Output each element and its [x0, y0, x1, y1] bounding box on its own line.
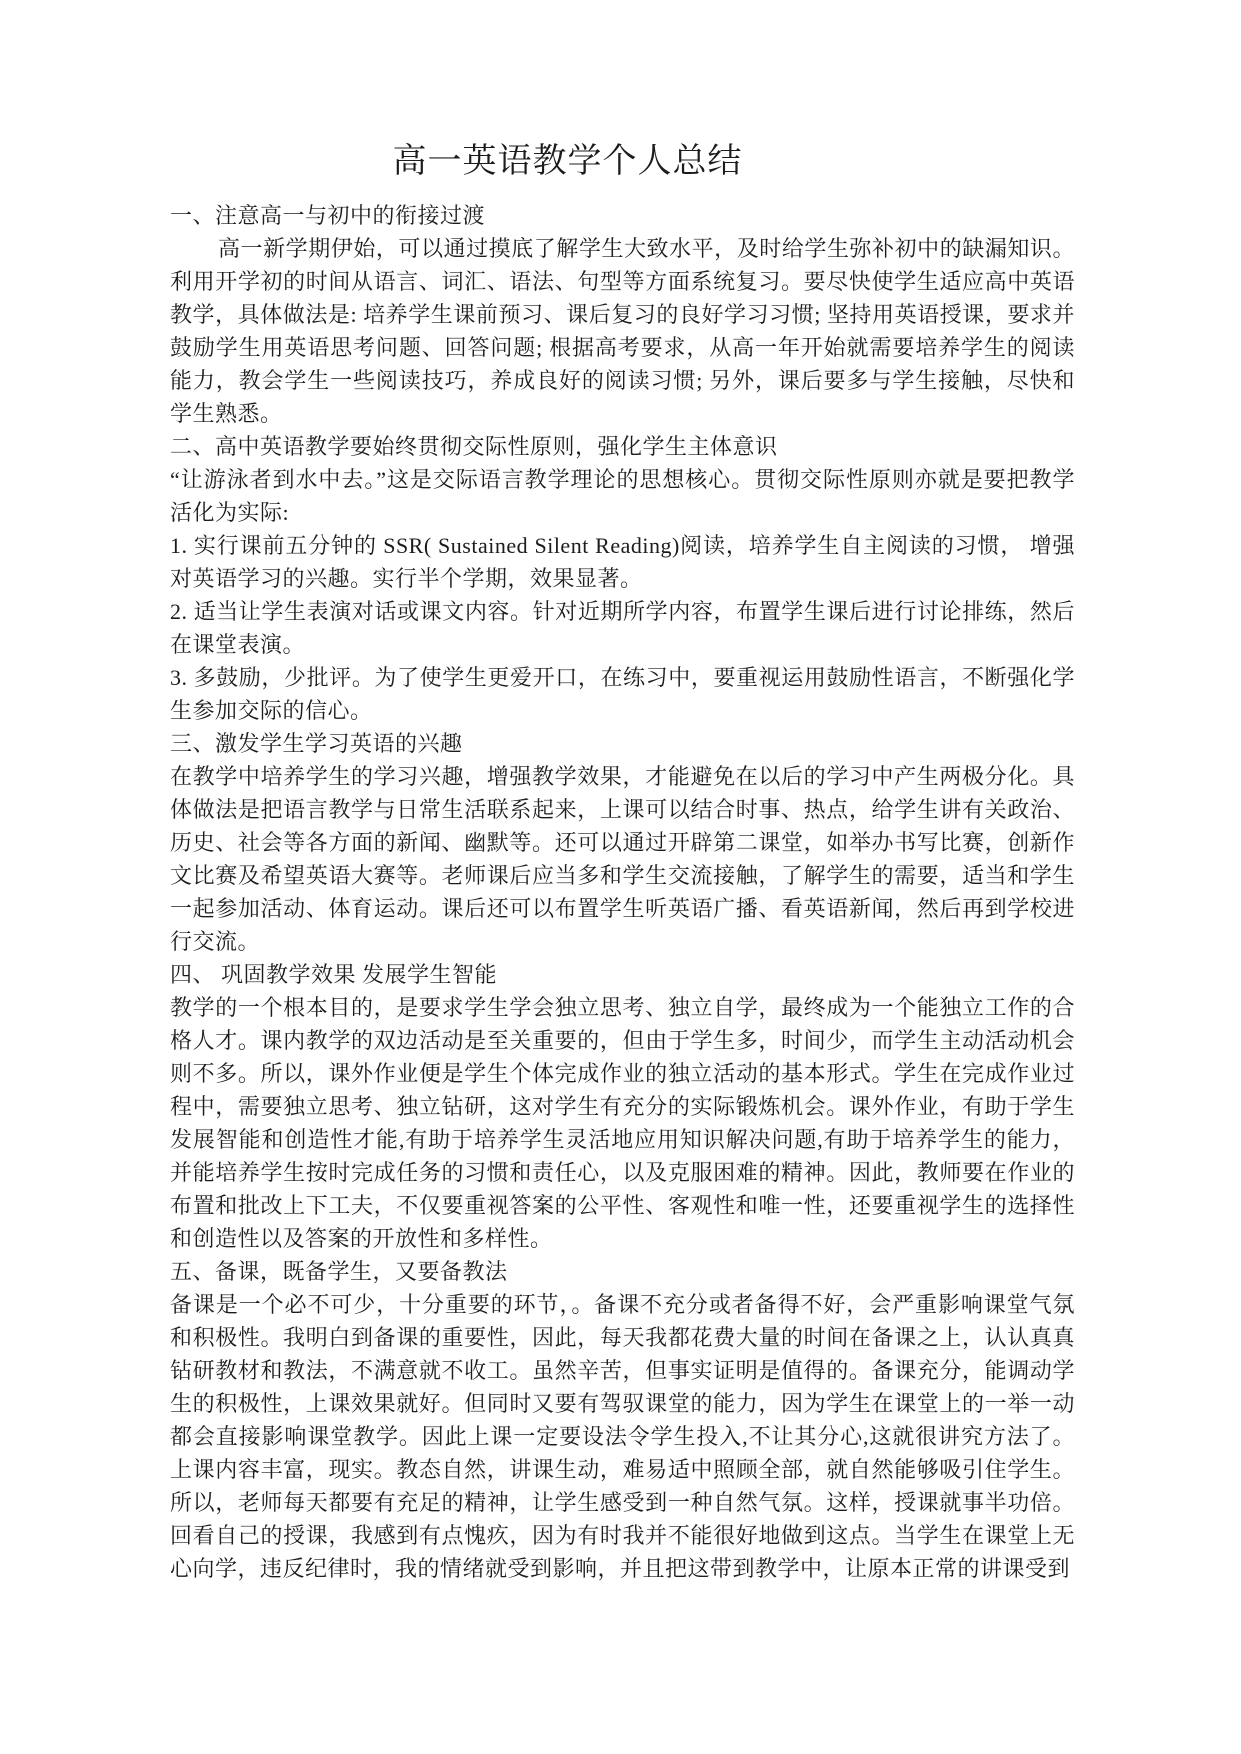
section-1-paragraph: 高一新学期伊始，可以通过摸底了解学生大致水平，及时给学生弥补初中的缺漏知识。利用…: [170, 232, 1075, 430]
section-heading-4: 四、 巩固教学效果 发展学生智能: [170, 958, 1075, 991]
section-heading-2: 二、高中英语教学要始终贯彻交际性原则，强化学生主体意识: [170, 430, 1075, 463]
document-title: 高一英语教学个人总结: [170, 139, 1075, 185]
section-3-paragraph: 在教学中培养学生的学习兴趣，增强教学效果，才能避免在以后的学习中产生两极分化。具…: [170, 760, 1075, 958]
section-2-list-item-3: 3. 多鼓励，少批评。为了使学生更爱开口，在练习中，要重视运用鼓励性语言，不断强…: [170, 661, 1075, 727]
section-heading-3: 三、激发学生学习英语的兴趣: [170, 727, 1075, 760]
document-page: 高一英语教学个人总结 一、注意高一与初中的衔接过渡 高一新学期伊始，可以通过摸底…: [0, 0, 1241, 1754]
section-4-paragraph: 教学的一个根本目的，是要求学生学会独立思考、独立自学，最终成为一个能独立工作的合…: [170, 991, 1075, 1255]
section-heading-1: 一、注意高一与初中的衔接过渡: [170, 199, 1075, 232]
section-2-intro-paragraph: “让游泳者到水中去。”这是交际语言教学理论的思想核心。贯彻交际性原则亦就是要把教…: [170, 463, 1075, 529]
section-2-list-item-2: 2. 适当让学生表演对话或课文内容。针对近期所学内容，布置学生课后进行讨论排练，…: [170, 595, 1075, 661]
section-2-list-item-1: 1. 实行课前五分钟的 SSR( Sustained Silent Readin…: [170, 529, 1075, 595]
section-5-paragraph: 备课是一个必不可少，十分重要的环节，。备课不充分或者备得不好，会严重影响课堂气氛…: [170, 1288, 1075, 1585]
section-heading-5: 五、备课，既备学生，又要备教法: [170, 1255, 1075, 1288]
